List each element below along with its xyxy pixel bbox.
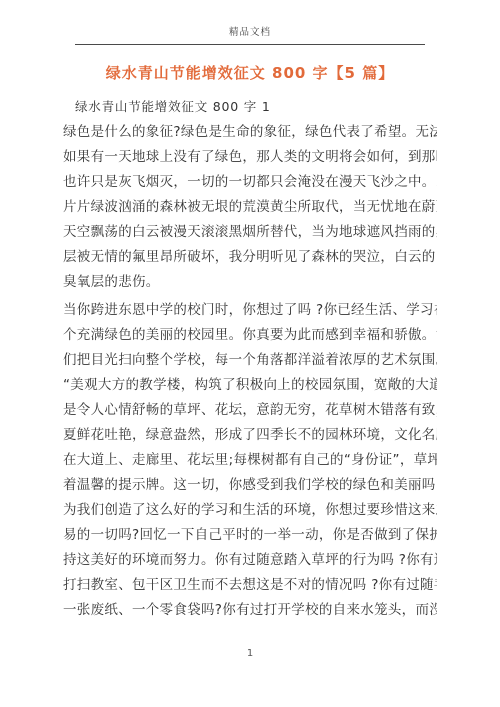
text-line: 在大道上、走廊里、花坛里;每棵树都有自己的“身份证”，草坪上立 <box>63 448 437 473</box>
paragraph: 当你跨进东恩中学的校门时，你想过了吗 ?你已经生活、学习在了一个充满绿色的美丽的… <box>63 298 437 623</box>
text-line: 们把目光扫向整个学校，每一个角落都洋溢着浓厚的艺术氛围。看， <box>63 348 437 373</box>
header-label: 精品文档 <box>0 27 500 39</box>
text-line: 当你跨进东恩中学的校门时，你想过了吗 ?你已经生活、学习在了一 <box>63 298 437 323</box>
text-line: 一张废纸、一个零食袋吗?你有过打开学校的自来水笼头，而没有及 <box>63 598 437 623</box>
text-line: 层被无情的氟里昂所破坏，我分明听见了森林的哭泣，白云的 .叹息， <box>63 245 437 270</box>
text-line: 片片绿波汹涌的森林被无垠的荒漠黄尘所取代，当无忧地在蔚蓝的 <box>63 195 437 220</box>
document-subtitle: 绿水青山节能增效征文 800 字 1 <box>63 98 437 116</box>
text-line: 夏鲜花吐艳，绿意盎然，形成了四季长不的园林环境，文化名牌出现 <box>63 423 437 448</box>
text-line: 为我们创造了这么好的学习和生活的环境，你想过要珍惜这来之不 <box>63 498 437 523</box>
text-line: 持这美好的环境而努力。你有过随意踏入草坪的行为吗 ?你有过胡乱 <box>63 548 437 573</box>
text-line: 着温馨的提示牌。这一切，你感受到我们学校的绿色和美丽吗 ?学校 <box>63 473 437 498</box>
header-rule <box>75 44 425 45</box>
text-line: 打扫教室、包干区卫生而不去想这是不对的情况吗 ?你有过随手扔下 <box>63 573 437 598</box>
text-line: 绿色是什么的象征?绿色是生命的象征，绿色代表了希望。无法想象， <box>63 120 437 145</box>
text-line: 也许只是灰飞烟灭，一切的一切都只会淹没在漫天飞沙之中。当一 <box>63 170 437 195</box>
document-body: 绿色是什么的象征?绿色是生命的象征，绿色代表了希望。无法想象，如果有一天地球上没… <box>63 120 437 623</box>
text-line: 臭氧层的悲伤。 <box>63 270 437 295</box>
text-line: 易的一切吗?回忆一下自己平时的一举一动，你是否做到了保护、保 <box>63 523 437 548</box>
text-line: 如果有一天地球上没有了绿色，那人类的文明将会如何，到那时， <box>63 145 437 170</box>
document-title: 绿水青山节能增效征文 800 字【5 篇】 <box>0 62 500 83</box>
text-line: 天空飘荡的白云被漫天滚滚黑烟所替代，当为地球遮风挡雨的臭氧 <box>63 220 437 245</box>
text-line: 个充满绿色的美丽的校园里。你真要为此而感到幸福和骄傲。让我 <box>63 323 437 348</box>
page-number: 1 <box>0 648 500 659</box>
page-header: 精品文档 <box>0 0 500 45</box>
text-line: 是令人心情舒畅的草坪、花坛，意韵无穷，花草树木错落有致， ;春 <box>63 398 437 423</box>
document-page: 精品文档 绿水青山节能增效征文 800 字【5 篇】 绿水青山节能增效征文 80… <box>0 0 500 707</box>
text-line: “美观大方的教学楼，构筑了积极向上的校园氛围，宽敞的大道两旁 <box>63 373 437 398</box>
paragraph: 绿色是什么的象征?绿色是生命的象征，绿色代表了希望。无法想象，如果有一天地球上没… <box>63 120 437 295</box>
